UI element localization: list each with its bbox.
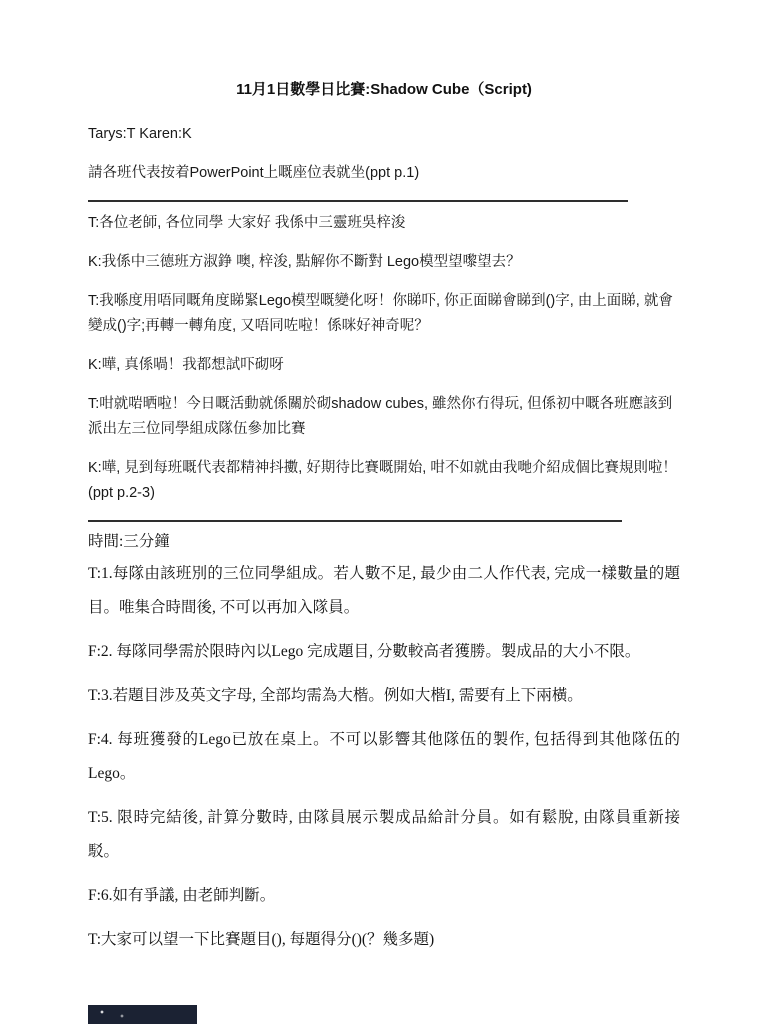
- document-title: 11月1日數學日比賽:Shadow Cube（Script): [88, 80, 680, 99]
- rule-5: T:5. 限時完結後, 計算分數時, 由隊員展示製成品給計分員。如有鬆脫, 由隊…: [88, 801, 680, 869]
- seating-instruction: 請各班代表按着PowerPoint上嘅座位表就坐(ppt p.1): [88, 161, 680, 186]
- dialogue-line-6: K:嘩, 見到每班嘅代表都精神抖擻, 好期待比賽嘅開始, 咁不如就由我哋介紹成個…: [88, 456, 680, 506]
- dialogue-line-4: K:嘩, 真係喎！我都想試吓砌呀: [88, 353, 680, 378]
- divider-line-middle: [88, 520, 622, 522]
- rule-4: F:4. 每班獲發的Lego已放在桌上。不可以影響其他隊伍的製作, 包括得到其他…: [88, 723, 680, 791]
- speaker-legend: Tarys:T Karen:K: [88, 122, 680, 147]
- document-page: 11月1日數學日比賽:Shadow Cube（Script) Tarys:T K…: [0, 0, 768, 1024]
- rule-6: F:6.如有爭議, 由老師判斷。: [88, 879, 680, 913]
- dialogue-line-3: T:我喺度用唔同嘅角度睇緊Lego模型嘅變化呀！你睇吓, 你正面睇會睇到()字,…: [88, 289, 680, 339]
- page-content: 11月1日數學日比賽:Shadow Cube（Script) Tarys:T K…: [0, 0, 768, 957]
- divider-line-top: [88, 200, 628, 202]
- rule-2: F:2. 每隊同學需於限時內以Lego 完成題目, 分數較高者獲勝。製成品的大小…: [88, 635, 680, 669]
- rule-1: T:1.每隊由該班別的三位同學組成。若人數不足, 最少由二人作代表, 完成一樣數…: [88, 557, 680, 625]
- dialogue-line-2: K:我係中三德班方淑錚 噢, 梓浚, 點解你不斷對 Lego模型望嚟望去？: [88, 250, 680, 275]
- closing-line: T:大家可以望一下比賽題目(), 每題得分()(？幾多題): [88, 923, 680, 957]
- next-page-fragment: [88, 1005, 197, 1024]
- time-limit-line: 時間:三分鐘: [88, 529, 680, 555]
- dialogue-line-1: T:各位老師, 各位同學 大家好 我係中三靈班吳梓浚: [88, 211, 680, 236]
- dialogue-line-5: T:咁就啱晒啦！今日嘅活動就係關於砌shadow cubes, 雖然你冇得玩, …: [88, 392, 680, 442]
- rule-3: T:3.若題目涉及英文字母, 全部均需為大楷。例如大楷I, 需要有上下兩橫。: [88, 679, 680, 713]
